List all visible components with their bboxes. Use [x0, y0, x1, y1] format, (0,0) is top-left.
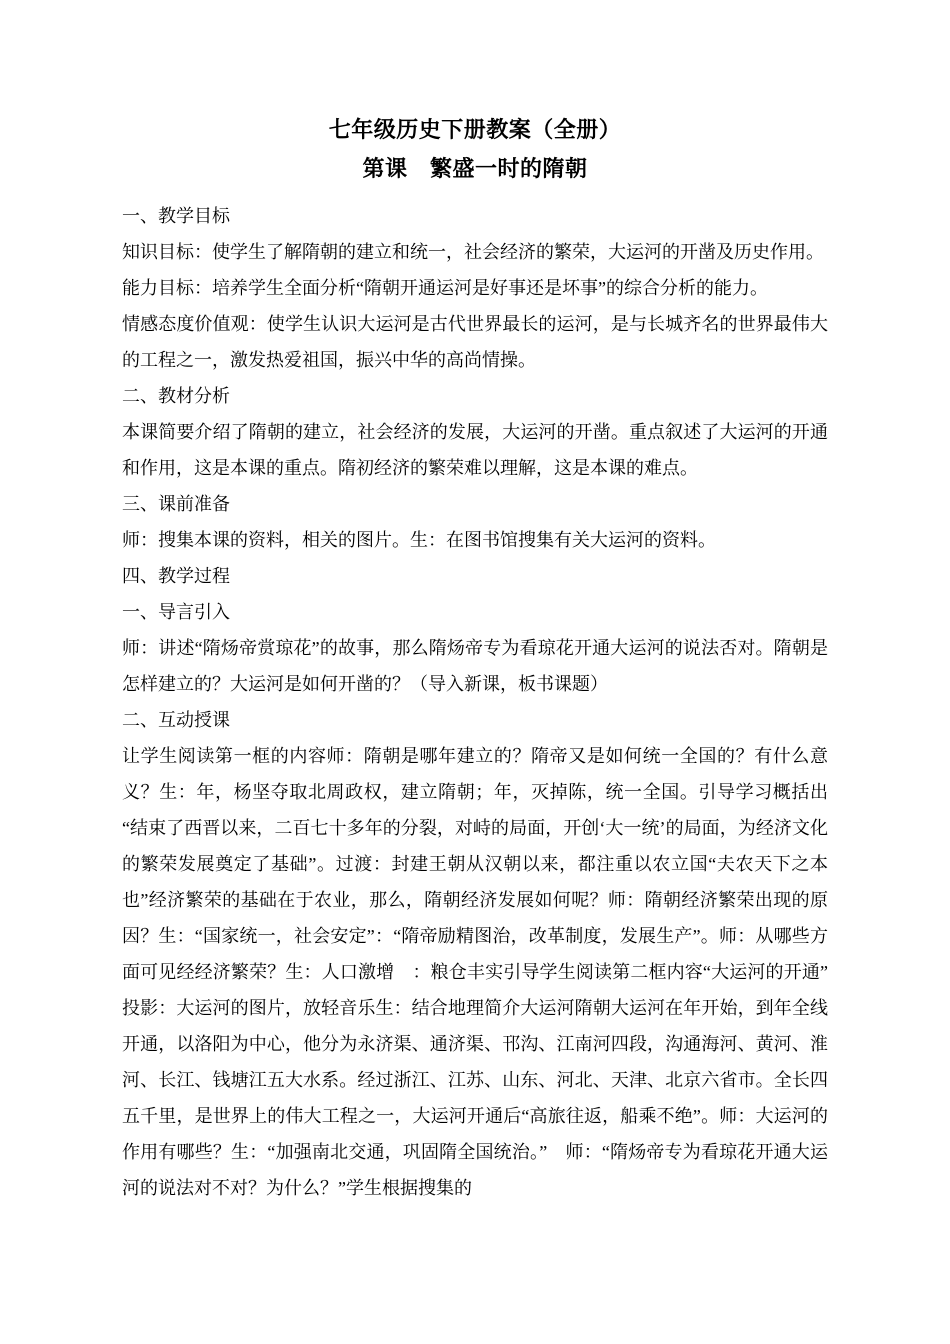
document-title: 七年级历史下册教案（全册）: [122, 114, 828, 146]
paragraph-knowledge-goal: 知识目标：使学生了解隋朝的建立和统一，社会经济的繁荣，大运河的开凿及历史作用。: [122, 234, 828, 270]
section-heading-teaching-goals: 一、教学目标: [122, 198, 828, 234]
section-heading-teaching-process: 四、教学过程: [122, 558, 828, 594]
section-heading-introduction: 一、导言引入: [122, 594, 828, 630]
paragraph-interactive-teaching: 让学生阅读第一框的内容师：隋朝是哪年建立的？隋帝又是如何统一全国的？有什么意义？…: [122, 738, 828, 1206]
paragraph-ability-goal: 能力目标：培养学生全面分析“隋朝开通运河是好事还是坏事”的综合分析的能力。: [122, 270, 828, 306]
section-heading-material-analysis: 二、教材分析: [122, 378, 828, 414]
paragraph-emotion-goal: 情感态度价值观：使学生认识大运河是古代世界最长的运河，是与长城齐名的世界最伟大的…: [122, 306, 828, 378]
document-page: 七年级历史下册教案（全册） 第课 繁盛一时的隋朝 一、教学目标 知识目标：使学生…: [0, 0, 950, 1344]
document-body: 一、教学目标 知识目标：使学生了解隋朝的建立和统一，社会经济的繁荣，大运河的开凿…: [122, 198, 828, 1206]
paragraph-preparation: 师：搜集本课的资料，相关的图片。生：在图书馆搜集有关大运河的资料。: [122, 522, 828, 558]
section-heading-preparation: 三、课前准备: [122, 486, 828, 522]
paragraph-material-analysis: 本课简要介绍了隋朝的建立，社会经济的发展，大运河的开凿。重点叙述了大运河的开通和…: [122, 414, 828, 486]
document-subtitle: 第课 繁盛一时的隋朝: [122, 153, 828, 185]
section-heading-interactive-teaching: 二、互动授课: [122, 702, 828, 738]
paragraph-introduction: 师：讲述“隋炀帝赏琼花”的故事，那么隋炀帝专为看琼花开通大运河的说法否对。隋朝是…: [122, 630, 828, 702]
document-content: 七年级历史下册教案（全册） 第课 繁盛一时的隋朝 一、教学目标 知识目标：使学生…: [122, 0, 828, 1206]
